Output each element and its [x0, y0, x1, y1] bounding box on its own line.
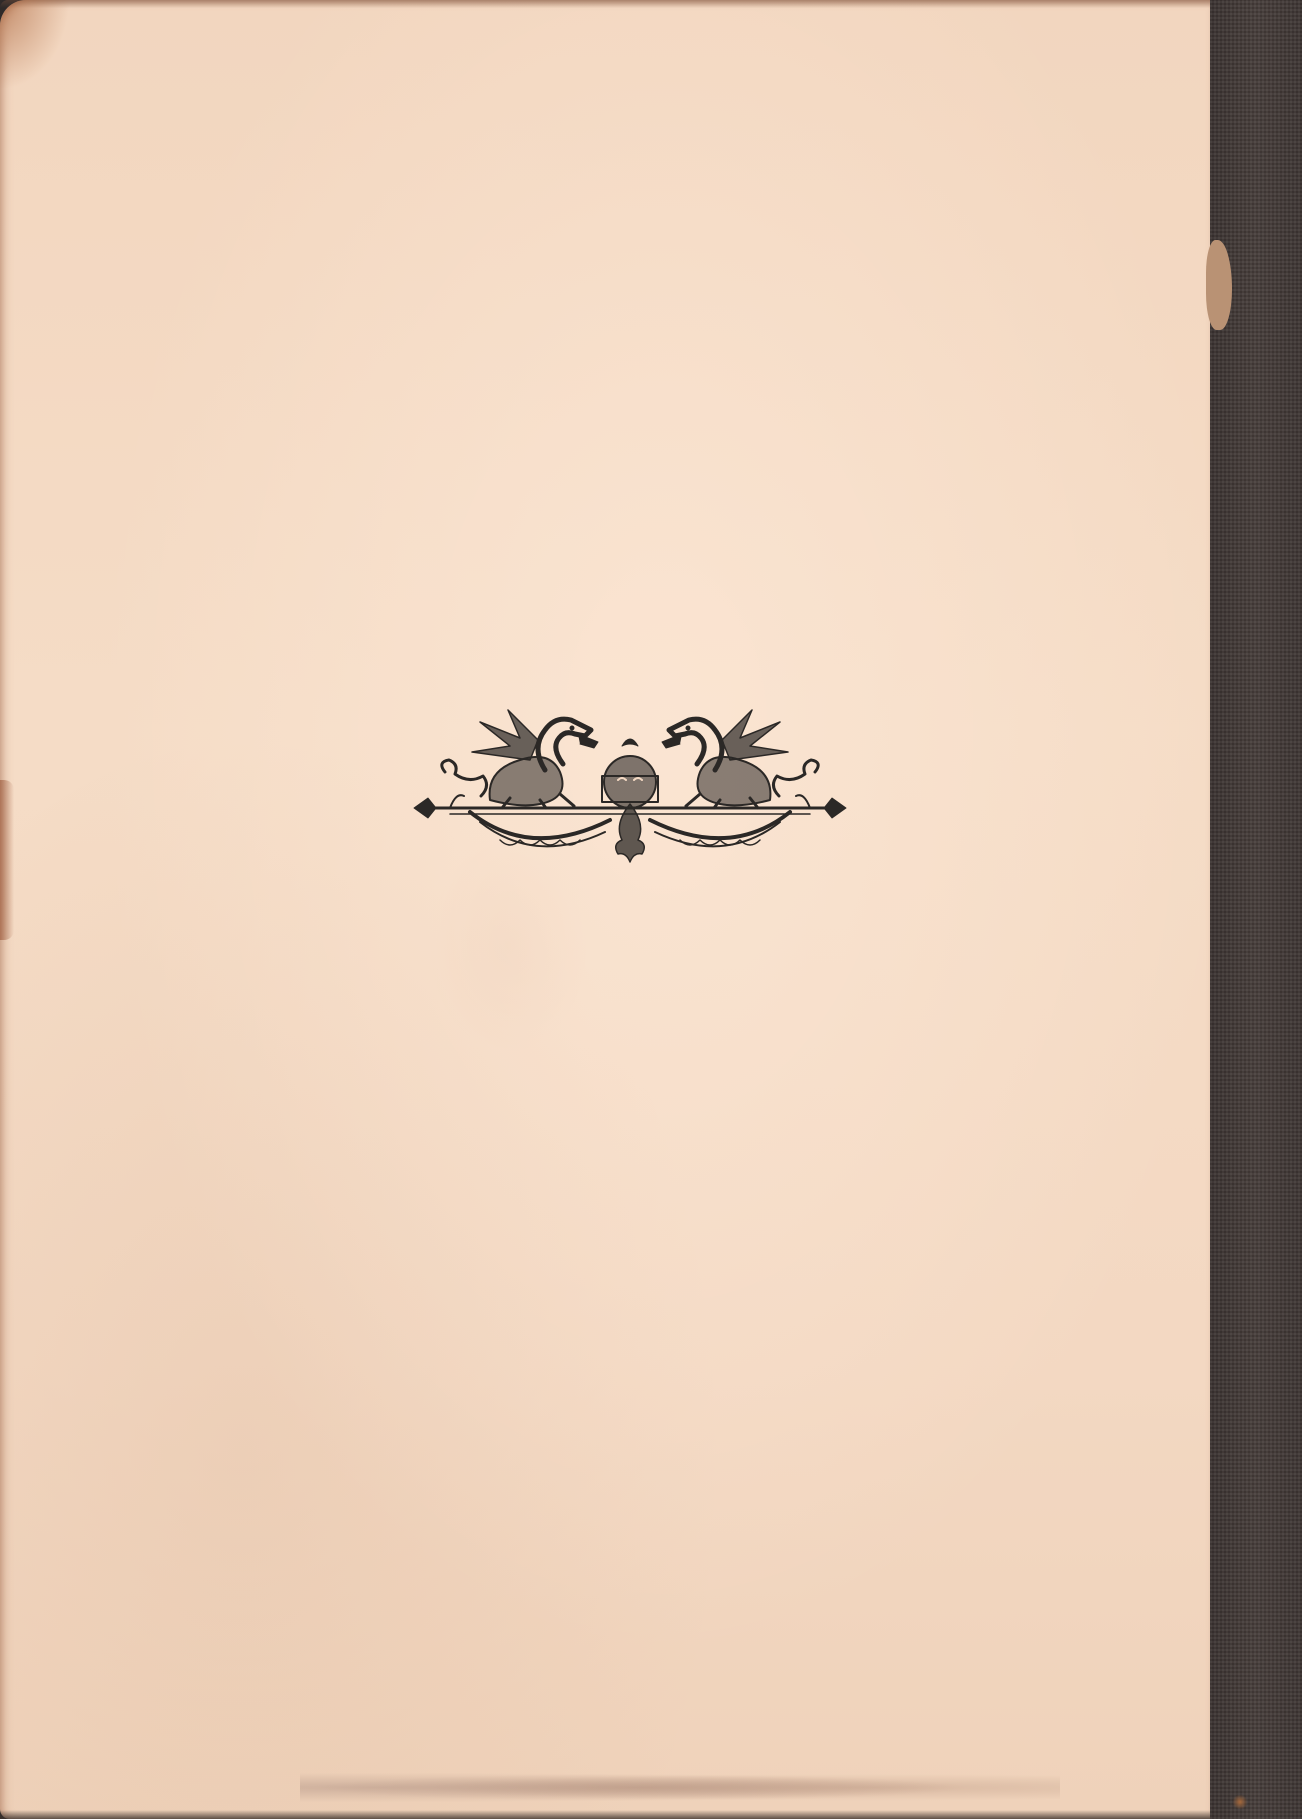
corner-wear [0, 0, 70, 90]
bottom-edge-wear [0, 1810, 1210, 1819]
top-edge-wear [0, 0, 1210, 8]
left-edge-wear [0, 780, 14, 940]
bottom-stains [300, 1770, 1060, 1805]
cover-board [0, 0, 1210, 1819]
spine-stain [1232, 1795, 1248, 1809]
dragon-ornament-icon [410, 700, 850, 870]
book-back-cover-scan [0, 0, 1302, 1819]
